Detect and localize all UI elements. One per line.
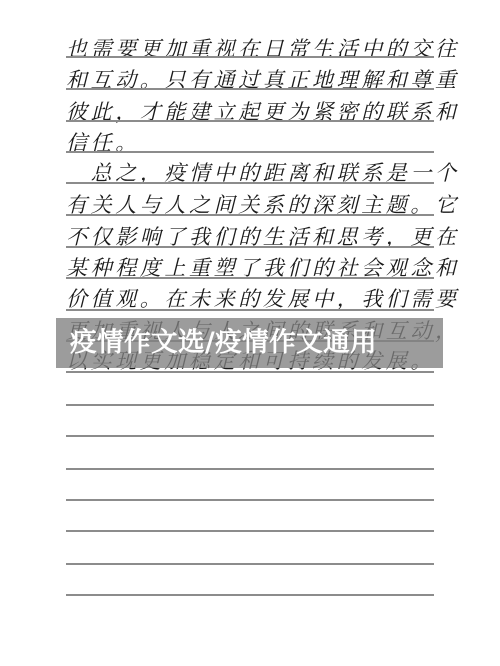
empty-rule-line	[66, 468, 434, 470]
empty-rule-line	[66, 499, 434, 501]
essay-line-1: 也需要更加重视在日常生活中的交往	[66, 36, 438, 62]
rule-line	[66, 182, 434, 184]
rule-line	[66, 120, 434, 122]
rule-line	[66, 309, 434, 311]
rule-line	[66, 151, 434, 153]
rule-line	[66, 277, 434, 279]
banner-title: 疫情作文选/疫情作文通用	[70, 318, 377, 368]
rule-line	[66, 214, 434, 216]
empty-rule-line	[66, 594, 434, 596]
empty-rule-line	[66, 563, 434, 565]
empty-rule-line	[66, 435, 434, 437]
empty-rule-line	[66, 530, 434, 532]
empty-rule-line	[66, 404, 434, 406]
rule-line	[66, 371, 434, 373]
rule-line	[66, 246, 434, 248]
rule-line	[66, 88, 434, 90]
rule-line	[66, 56, 434, 58]
